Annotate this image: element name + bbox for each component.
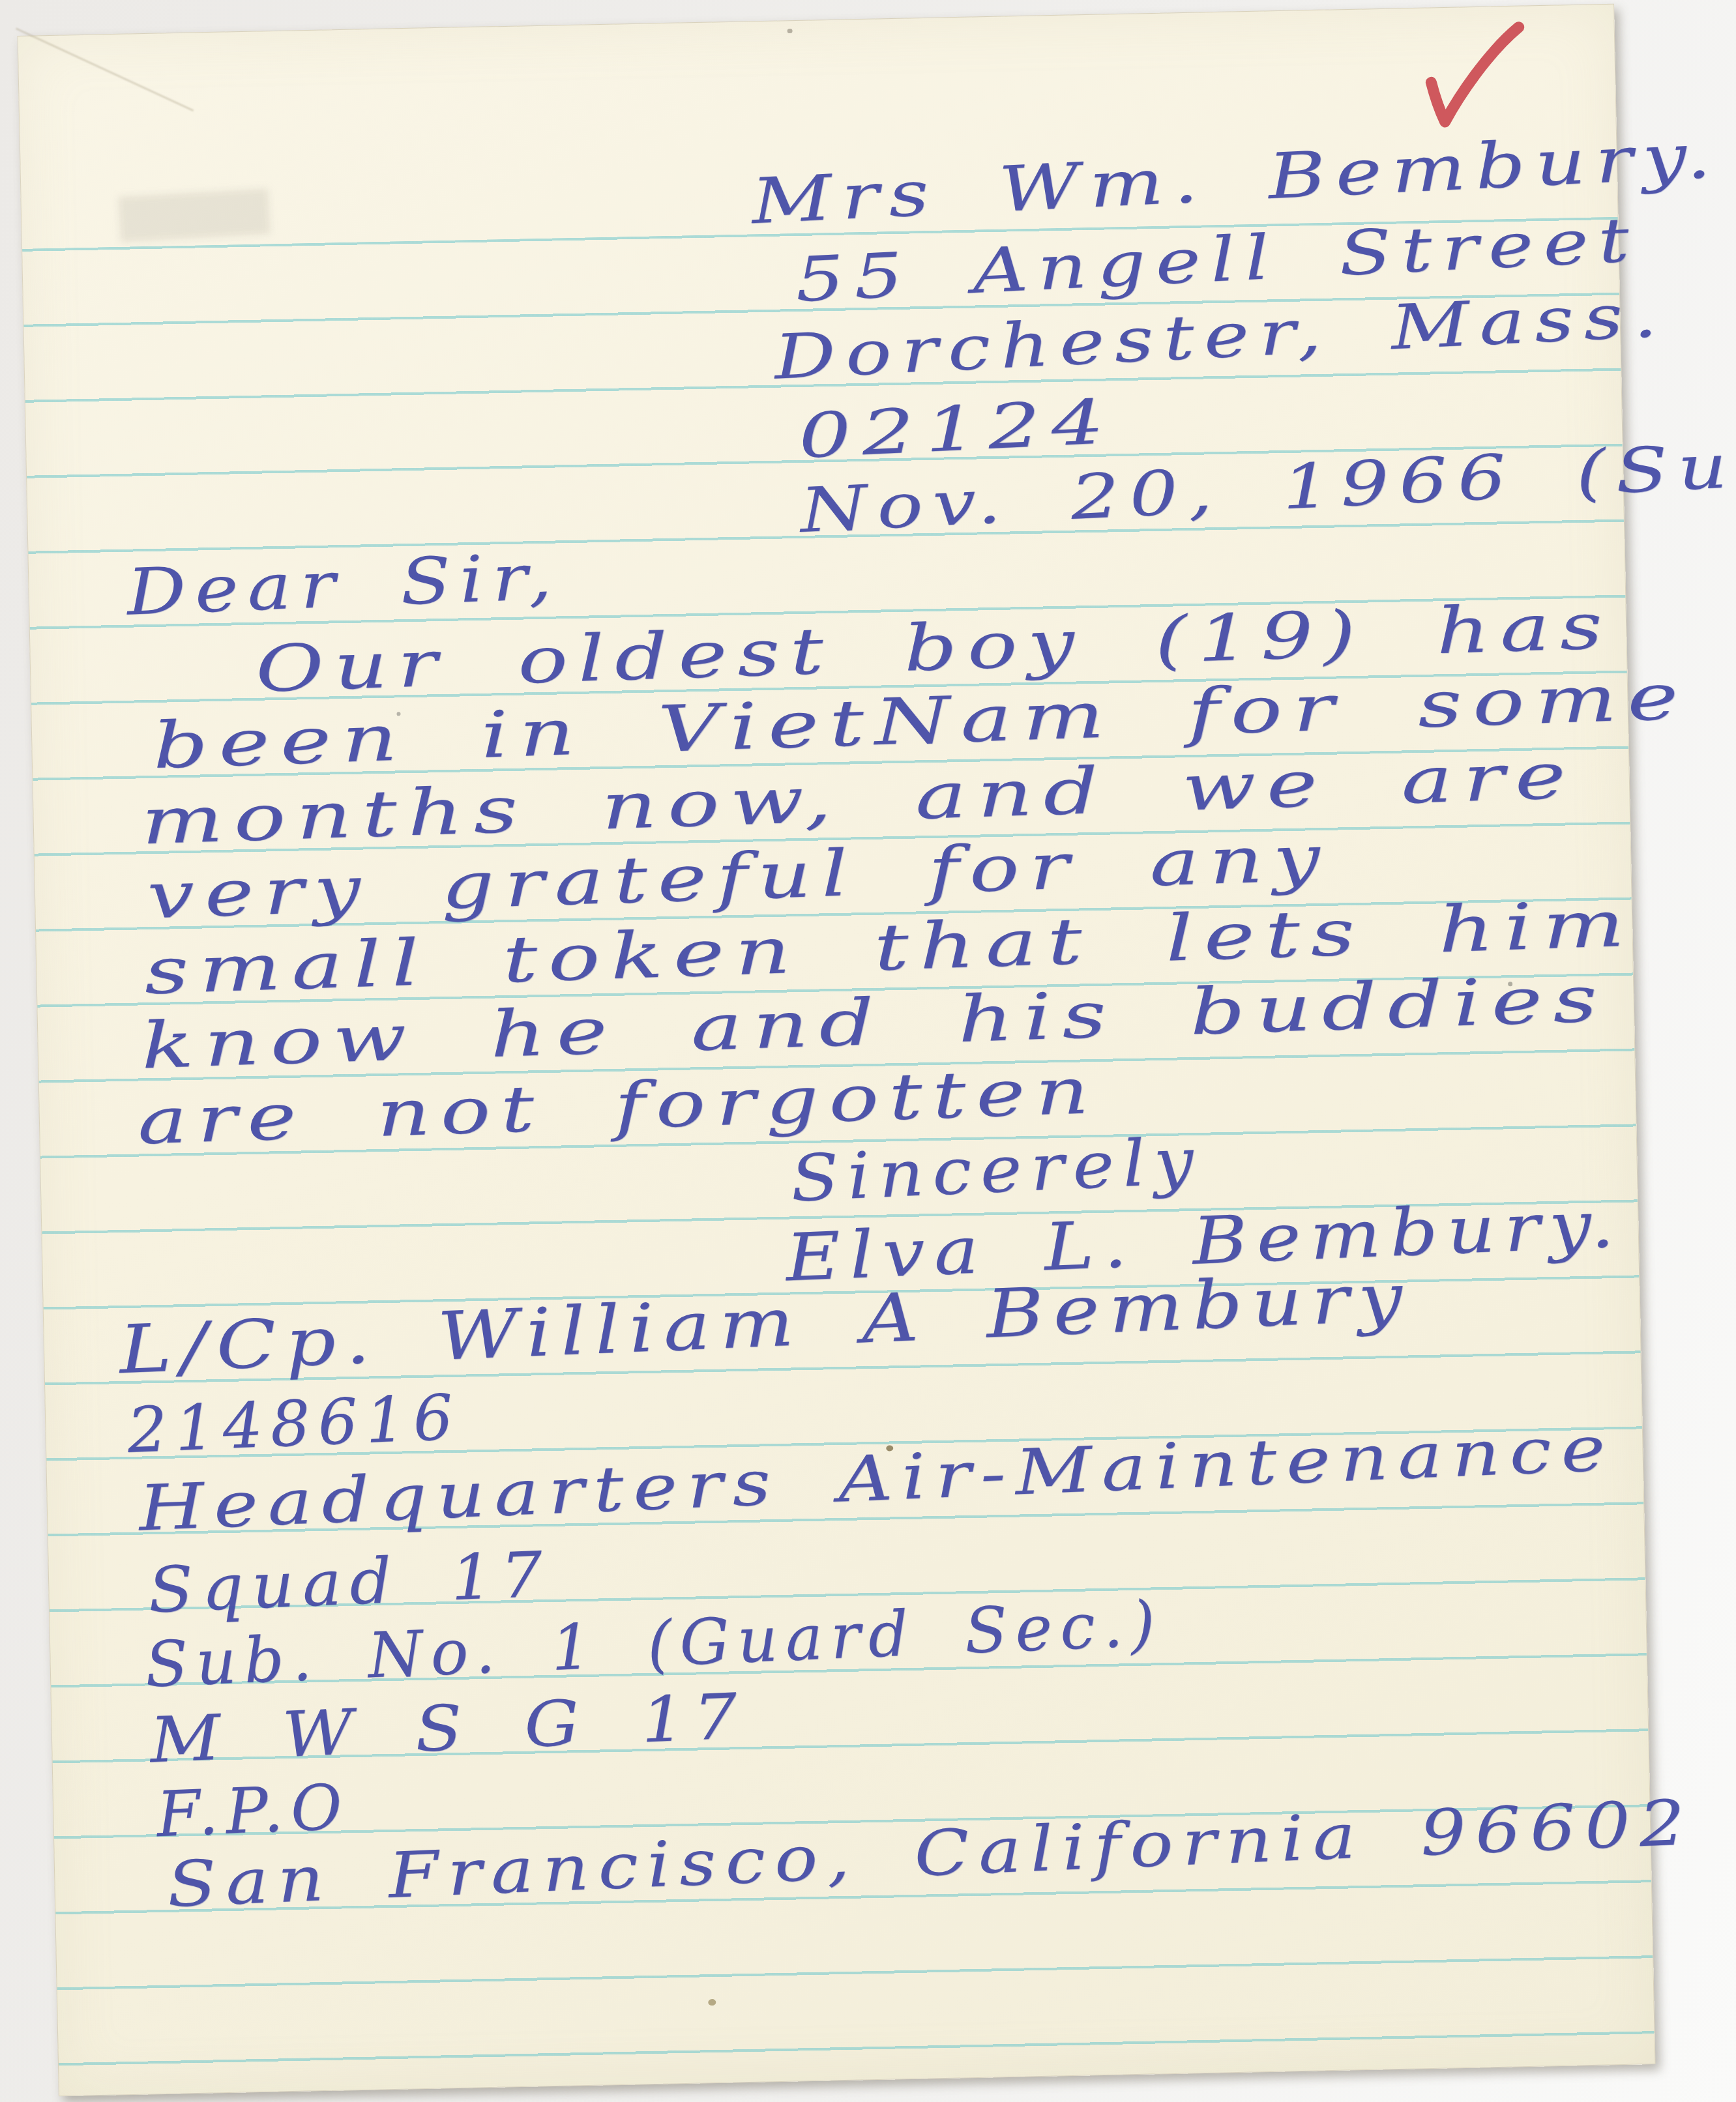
service-squad: Squad 17 [147,1543,552,1622]
sender-zip: 02124 [797,392,1116,468]
service-city: San Francisco, California 96602 [166,1791,1696,1916]
service-group: M W S G 17 [149,1685,747,1772]
scanned-letter-page: Mrs Wm. Bembury. 55 Angell Street Dorche… [0,0,1736,2102]
service-member-name: L/Cp. William A Bembury [118,1264,1413,1384]
salutation: Dear Sir, [126,545,562,625]
paper-speck [708,1999,716,2006]
service-number: 2148616 [126,1386,462,1462]
closing: Sincerely [789,1129,1203,1211]
paper-speck [787,29,793,33]
paper-crease [16,27,194,111]
pencil-smudge [118,188,270,242]
red-checkmark-icon [1419,18,1533,132]
letter-paper: Mrs Wm. Bembury. 55 Angell Street Dorche… [18,4,1656,2097]
service-fpo: F.P.O [155,1775,351,1846]
paper-speck [396,712,400,716]
